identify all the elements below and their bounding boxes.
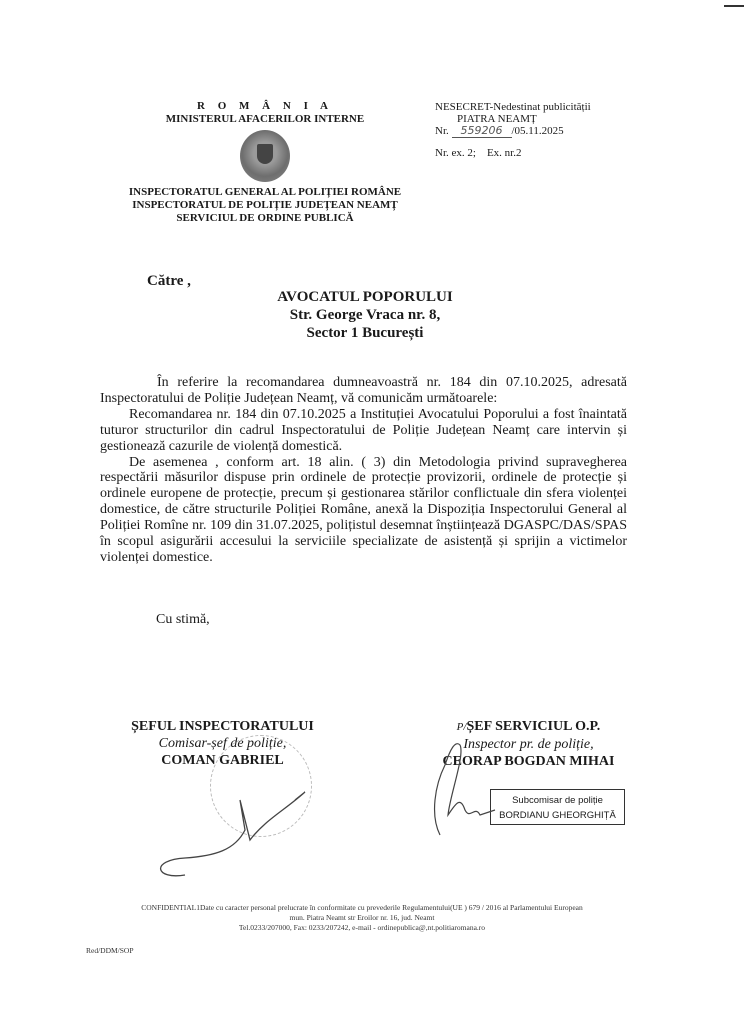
signer-rank: Comisar-șef de poliție,	[115, 735, 330, 752]
police-crest-icon	[240, 130, 290, 182]
signer-name: COMAN GABRIEL	[115, 752, 330, 769]
institution-line-1: INSPECTORATUL GENERAL AL POLIȚIEI ROMÂNE	[100, 186, 430, 199]
addressee-name: AVOCATUL POPORULUI	[250, 288, 480, 306]
addressee-city: Sector 1 București	[250, 324, 480, 342]
confidential-notice: CONFIDENTIAL1Date cu caracter personal p…	[82, 903, 642, 913]
signer-title: ȘEF SERVICIUL O.P.	[466, 719, 600, 734]
footer-address: mun. Piatra Neamt str Eroilor nr. 16, ju…	[82, 913, 642, 923]
letterhead: R O M Â N I A MINISTERUL AFACERILOR INTE…	[100, 100, 430, 225]
paragraph-3: De asemenea , conform art. 18 alin. ( 3)…	[100, 455, 627, 566]
letter-body: În referire la recomandarea dumneavoastr…	[127, 375, 627, 566]
paragraph-2: Recomandarea nr. 184 din 07.10.2025 a In…	[100, 407, 627, 455]
registration-number: 559206	[452, 125, 512, 138]
ministry-name: MINISTERUL AFACERILOR INTERNE	[100, 113, 430, 126]
signature-block-left: ȘEFUL INSPECTORATULUI Comisar-șef de pol…	[115, 718, 330, 769]
name-stamp: Subcomisar de poliție BORDIANU GHEORGHIȚ…	[490, 789, 625, 825]
country-name: R O M Â N I A	[100, 100, 430, 113]
footer: CONFIDENTIAL1Date cu caracter personal p…	[82, 903, 642, 933]
handwritten-signature-right-icon	[420, 735, 500, 845]
institution-line-2: INSPECTORATUL DE POLIȚIE JUDEȚEAN NEAMȚ	[100, 199, 430, 212]
signer-title: ȘEFUL INSPECTORATULUI	[115, 718, 330, 735]
addressee-street: Str. George Vraca nr. 8,	[250, 306, 480, 324]
handwritten-signature-left-icon	[145, 780, 315, 890]
on-behalf-mark: P/	[457, 721, 467, 733]
reference-code: Red/DDM/SOP	[86, 946, 134, 955]
to-label: Către ,	[147, 273, 191, 290]
stamp-rank: Subcomisar de poliție	[491, 793, 624, 808]
footer-contact: Tel.0233/207000, Fax: 0233/207242, e-mai…	[82, 923, 642, 933]
nr-label: Nr.	[435, 125, 449, 137]
classification: NESECRET-Nedestinat publicității	[435, 101, 645, 113]
stamp-name: BORDIANU GHEORGHIȚĂ	[491, 808, 624, 823]
scan-corner-mark	[724, 5, 744, 7]
closing: Cu stimă,	[156, 612, 210, 628]
paragraph-1: În referire la recomandarea dumneavoastr…	[100, 375, 627, 407]
institution-line-3: SERVICIUL DE ORDINE PUBLICĂ	[100, 212, 430, 225]
registration-date: /05.11.2025	[512, 125, 564, 137]
copies-info: Nr. ex. 2; Ex. nr.2	[435, 147, 645, 159]
addressee: AVOCATUL POPORULUI Str. George Vraca nr.…	[250, 288, 480, 342]
document-registration: NESECRET-Nedestinat publicității PIATRA …	[435, 101, 645, 159]
